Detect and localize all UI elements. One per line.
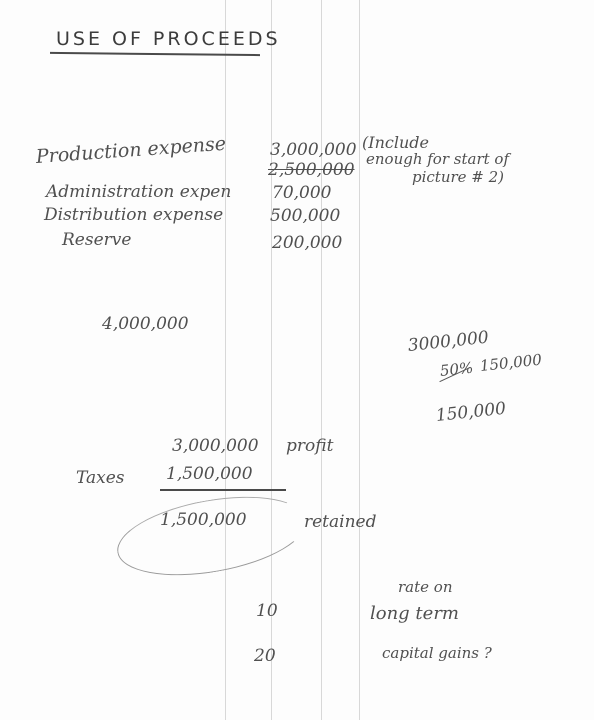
total-amount: 4,000,000 xyxy=(102,314,189,334)
retained-amount: 1,500,000 xyxy=(160,510,247,530)
budget-amount-production: 3,000,000 xyxy=(270,140,357,160)
rate-value-1: 10 xyxy=(256,601,278,621)
note-line-2: enough for start of xyxy=(366,150,509,168)
budget-amount-distribution: 500,000 xyxy=(270,206,340,226)
taxes-amount: 1,500,000 xyxy=(166,464,253,484)
page-title: USE OF PROCEEDS xyxy=(56,28,281,50)
side-calc-line-3: 150,000 xyxy=(435,399,507,426)
taxes-label: Taxes xyxy=(76,468,125,488)
budget-label-distribution: Distribution expense xyxy=(44,205,223,225)
retained-label: retained xyxy=(304,512,376,532)
handwritten-page: USE OF PROCEEDS Production expense 3,000… xyxy=(0,0,594,720)
rate-value-2: 20 xyxy=(254,646,276,666)
budget-label-production: Production expense xyxy=(35,133,226,168)
rate-note-line-3: capital gains ? xyxy=(382,644,492,662)
budget-label-administration: Administration expen xyxy=(46,182,231,202)
column-rule xyxy=(321,0,322,720)
budget-label-reserve: Reserve xyxy=(62,230,131,250)
rate-note-line-1: rate on xyxy=(398,578,452,596)
profit-amount: 3,000,000 xyxy=(172,436,259,456)
title-underline xyxy=(50,52,260,56)
column-rule xyxy=(359,0,360,720)
budget-amount-administration: 70,000 xyxy=(272,183,331,203)
side-calc-line-2: 150,000 xyxy=(479,351,543,375)
sum-underline xyxy=(160,489,286,491)
side-calc-line-1: 3000,000 xyxy=(407,328,490,356)
circled-annotation xyxy=(111,484,313,588)
note-line-3: picture # 2) xyxy=(412,168,504,186)
budget-amount-reserve: 200,000 xyxy=(272,233,342,253)
rate-note-line-2: long term xyxy=(370,603,459,624)
budget-amount-production-struck: 2,500,000 xyxy=(268,160,355,180)
profit-label: profit xyxy=(286,436,333,456)
side-calc-struck-percent: 50% xyxy=(439,359,474,380)
column-rule xyxy=(225,0,226,720)
